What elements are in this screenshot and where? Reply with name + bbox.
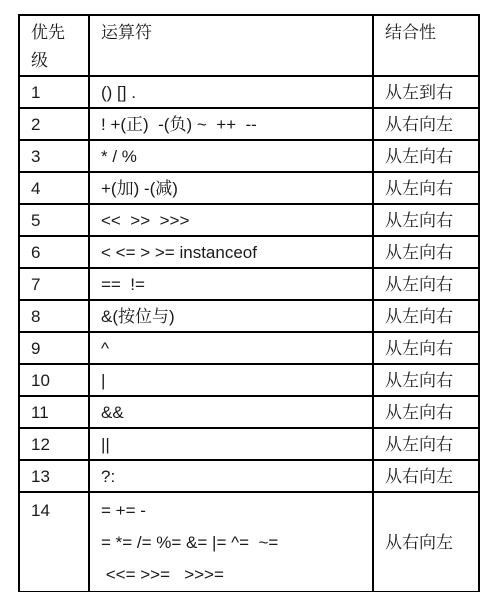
table-row: 14= += - = *= /= %= &= |= ^= ~= <<= >>= … (19, 492, 479, 592)
associativity-cell: 从左向右 (373, 204, 479, 236)
table-row: 13?:从右向左 (19, 460, 479, 492)
operator-cell: ! +(正) -(负) ~ ++ -- (89, 108, 373, 140)
priority-cell: 10 (19, 364, 89, 396)
associativity-cell: 从左向右 (373, 300, 479, 332)
table-row: 3* / %从左向右 (19, 140, 479, 172)
operator-cell: &(按位与) (89, 300, 373, 332)
header-row: 优先级 运算符 结合性 (19, 15, 479, 76)
header-associativity: 结合性 (373, 15, 479, 76)
associativity-cell: 从左向右 (373, 140, 479, 172)
priority-cell: 2 (19, 108, 89, 140)
operator-cell: | (89, 364, 373, 396)
operator-cell: = += - = *= /= %= &= |= ^= ~= <<= >>= >>… (89, 492, 373, 592)
priority-cell: 14 (19, 492, 89, 592)
header-operator: 运算符 (89, 15, 373, 76)
associativity-cell: 从右向左 (373, 108, 479, 140)
operator-cell: +(加) -(减) (89, 172, 373, 204)
associativity-cell: 从右向左 (373, 492, 479, 592)
priority-cell: 7 (19, 268, 89, 300)
header-priority: 优先级 (19, 15, 89, 76)
operator-cell: ^ (89, 332, 373, 364)
priority-cell: 12 (19, 428, 89, 460)
operator-cell: () [] . (89, 76, 373, 108)
priority-cell: 4 (19, 172, 89, 204)
operator-cell: << >> >>> (89, 204, 373, 236)
operator-cell: && (89, 396, 373, 428)
associativity-cell: 从左向右 (373, 396, 479, 428)
table-row: 11&&从左向右 (19, 396, 479, 428)
associativity-cell: 从左向右 (373, 236, 479, 268)
table-row: 6< <= > >= instanceof从左向右 (19, 236, 479, 268)
operator-cell: == != (89, 268, 373, 300)
priority-cell: 3 (19, 140, 89, 172)
table-row: 5<< >> >>>从左向右 (19, 204, 479, 236)
table-row: 12||从左向右 (19, 428, 479, 460)
associativity-cell: 从左向右 (373, 268, 479, 300)
table-row: 7== !=从左向右 (19, 268, 479, 300)
associativity-cell: 从左向右 (373, 364, 479, 396)
table-row: 8&(按位与)从左向右 (19, 300, 479, 332)
table-body: 1() [] .从左到右2! +(正) -(负) ~ ++ --从右向左3* /… (19, 76, 479, 592)
priority-cell: 9 (19, 332, 89, 364)
table-row: 1() [] .从左到右 (19, 76, 479, 108)
priority-cell: 5 (19, 204, 89, 236)
associativity-cell: 从左向右 (373, 428, 479, 460)
associativity-cell: 从左向右 (373, 172, 479, 204)
table-row: 10|从左向右 (19, 364, 479, 396)
priority-cell: 8 (19, 300, 89, 332)
priority-cell: 11 (19, 396, 89, 428)
priority-cell: 13 (19, 460, 89, 492)
associativity-cell: 从右向左 (373, 460, 479, 492)
associativity-cell: 从左到右 (373, 76, 479, 108)
operator-cell: ?: (89, 460, 373, 492)
operator-cell: < <= > >= instanceof (89, 236, 373, 268)
operator-cell: || (89, 428, 373, 460)
associativity-cell: 从左向右 (373, 332, 479, 364)
operator-cell: * / % (89, 140, 373, 172)
priority-cell: 6 (19, 236, 89, 268)
table-row: 9^从左向右 (19, 332, 479, 364)
table-row: 2! +(正) -(负) ~ ++ --从右向左 (19, 108, 479, 140)
precedence-table: 优先级 运算符 结合性 1() [] .从左到右2! +(正) -(负) ~ +… (18, 14, 480, 592)
table-row: 4+(加) -(减)从左向右 (19, 172, 479, 204)
priority-cell: 1 (19, 76, 89, 108)
